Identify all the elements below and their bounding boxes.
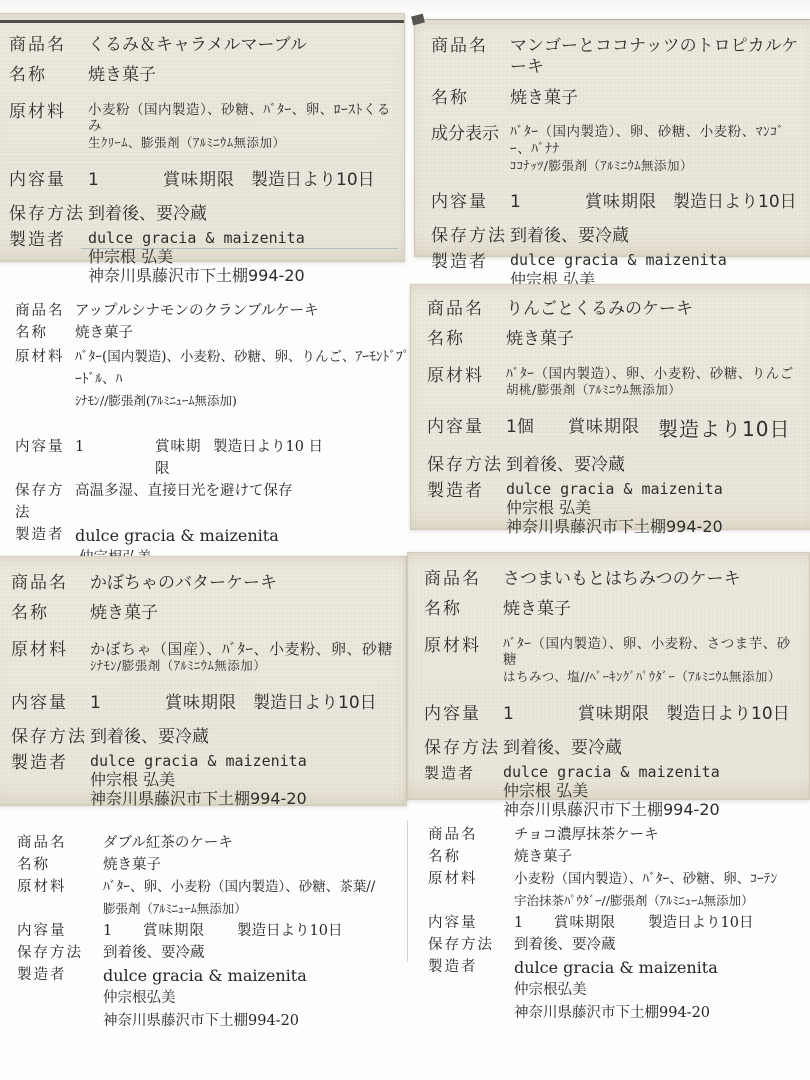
label-card-apple-walnut: 商品名 りんごとくるみのケーキ 名称 焼き菓子 原材料 ﾊﾞﾀｰ（国内製造）、卵… [410,284,810,530]
product-name-value: ダブル紅茶のケーキ [103,832,233,854]
quantity-label: 内容量 [427,417,506,438]
label-card-walnut-caramel: 商品名 くるみ＆キャラメルマーブル 名称 焼き菓子 原材料 小麦粉（国内製造）、… [0,13,405,262]
ruled-line [81,248,398,249]
expiry-value: 製造日より10 日 [213,436,323,458]
storage-row: 保存方法 到着後、要冷蔵 [11,727,396,748]
quantity-value: 1 [510,192,585,213]
category-value: 焼き菓子 [103,854,161,876]
quantity-label: 内容量 [428,912,514,934]
category-label: 名称 [11,603,90,624]
storage-row: 保存方法 到着後、要冷蔵 [431,226,803,247]
product-row: 商品名 さつまいもとはちみつのケーキ [424,569,799,590]
maker-name: dulce gracia & maizenita [514,956,718,979]
category-label: 名称 [15,322,75,344]
quantity-label: 内容量 [11,693,90,714]
ingredients-line1: ﾊﾞﾀｰ（国内製造）、卵、小麦粉、さつま芋、砂糖 [503,636,799,670]
dark-rule [0,20,404,23]
category-row: 名称 焼き菓子 [15,322,411,344]
ingredients-text: かぼちゃ（国産）、ﾊﾞﾀｰ、小麦粉、卵、砂糖 ｼﾅﾓﾝ/膨張剤（ｱﾙﾐﾆｳﾑ無添… [90,640,393,675]
product-name-label: 商品名 [11,573,90,594]
quantity-value: 1 [88,170,163,191]
ingredients-line1: 小麦粉（国内製造）、砂糖、ﾊﾞﾀｰ、卵、ﾛｰｽﾄくるみ [88,102,394,136]
expiry-label: 賞味期限 [585,192,673,213]
quantity-value: 1 [514,912,554,934]
maker-person: 仲宗根 弘美 [506,498,723,517]
category-value: 焼き菓子 [510,88,578,109]
expiry-label: 賞味期限 [578,704,666,725]
ingredients-text: ﾊﾞﾀｰ(国内製造)、小麦粉、砂糖、卵、りんご、ｱｰﾓﾝﾄﾞﾌﾟｰﾄﾞﾙ、ﾊ ｼ… [75,346,411,412]
storage-label: 保存方法 [431,226,510,247]
ingredients-line2: ｺｺﾅｯﾂ/膨張剤（ｱﾙﾐﾆｳﾑ無添加） [510,158,803,174]
ingredients-label: 成分表示 [431,124,510,145]
maker-label: 製造者 [424,764,503,783]
maker-person: 仲宗根弘美 [103,987,307,1010]
expiry-label: 賞味期限 [165,693,253,714]
maker-person: 仲宗根 弘美 [88,247,305,266]
expiry-value: 製造日より10日 [673,192,797,213]
product-row: 商品名 アップルシナモンのクランブルケーキ [15,300,411,322]
product-name-label: 商品名 [9,35,88,56]
category-row: 名称 焼き菓子 [431,88,803,109]
ingredients-line1: ﾊﾞﾀｰ（国内製造）、卵、砂糖、小麦粉、ﾏﾝｺﾞｰ、ﾊﾞﾅﾅ [510,124,803,158]
ingredients-line1: 小麦粉（国内製造）、ﾊﾞﾀｰ、砂糖、卵、ｺｰﾃﾝ [514,868,777,890]
quantity-label: 内容量 [431,192,510,213]
quantity-label: 内容量 [424,704,503,725]
maker-person: 仲宗根 弘美 [503,781,720,800]
product-name-label: 商品名 [15,300,75,322]
maker-row: 製造者 dulce gracia & maizenita 仲宗根 弘美 神奈川県… [11,753,396,809]
ingredients-label: 原材料 [424,636,503,657]
product-row: 商品名 かぼちゃのバターケーキ [11,573,396,594]
label-card-sweetpotato-honey: 商品名 さつまいもとはちみつのケーキ 名称 焼き菓子 原材料 ﾊﾞﾀｰ（国内製造… [407,552,810,800]
ingredients-text: ﾊﾞﾀｰ、卵、小麦粉（国内製造）、砂糖、茶葉// 膨張剤（ｱﾙﾐﾆｭｰﾑ無添加） [103,876,375,920]
storage-value: 到着後、要冷蔵 [88,204,207,225]
category-value: 焼き菓子 [88,65,156,86]
category-value: 焼き菓子 [506,329,574,350]
ingredients-row: 原材料 ﾊﾞﾀｰ(国内製造)、小麦粉、砂糖、卵、りんご、ｱｰﾓﾝﾄﾞﾌﾟｰﾄﾞﾙ… [15,346,411,412]
category-row: 名称 焼き菓子 [17,854,409,876]
product-name-label: 商品名 [431,36,510,57]
storage-row: 保存方法 到着後、要冷蔵 [17,942,409,964]
product-name-value: アップルシナモンのクランブルケーキ [75,300,319,322]
label-card-pumpkin-butter: 商品名 かぼちゃのバターケーキ 名称 焼き菓子 原材料 かぼちゃ（国産）、ﾊﾞﾀ… [0,556,407,806]
ingredients-label: 原材料 [428,868,514,890]
ingredients-line2: ｼﾅﾓﾝ/膨張剤（ｱﾙﾐﾆｳﾑ無添加） [90,658,393,674]
ingredients-text: ﾊﾞﾀｰ（国内製造）、卵、小麦粉、砂糖、りんご 胡桃/膨張剤（ｱﾙﾐﾆｳﾑ無添加… [506,366,794,399]
storage-value: 到着後、要冷蔵 [510,226,629,247]
product-row: 商品名 ダブル紅茶のケーキ [17,832,409,854]
quantity-expiry-row: 内容量 1個 賞味期限 製造より10日 [427,417,803,442]
maker-label: 製造者 [11,753,90,774]
maker-name: dulce gracia & maizenita [503,764,720,781]
ingredients-row: 成分表示 ﾊﾞﾀｰ（国内製造）、卵、砂糖、小麦粉、ﾏﾝｺﾞｰ、ﾊﾞﾅﾅ ｺｺﾅｯ… [431,124,803,174]
ingredients-row: 原材料 ﾊﾞﾀｰ（国内製造）、卵、小麦粉、砂糖、りんご 胡桃/膨張剤（ｱﾙﾐﾆｳ… [427,366,803,399]
expiry-label: 賞味期限 [568,417,658,438]
ingredients-line2: 生ｸﾘｰﾑ、膨張剤（ｱﾙﾐﾆｳﾑ無添加） [88,135,394,151]
column-divider [407,820,408,962]
ingredients-line1: ﾊﾞﾀｰ（国内製造）、卵、小麦粉、砂糖、りんご [506,366,794,383]
quantity-label: 内容量 [15,436,75,458]
storage-label: 保存方法 [428,934,514,956]
expiry-label: 賞味期限 [554,912,648,934]
label-collage: 商品名 くるみ＆キャラメルマーブル 名称 焼き菓子 原材料 小麦粉（国内製造）、… [0,0,810,1080]
product-name-value: マンゴーとココナッツのトロピカルケーキ [510,36,803,79]
category-label: 名称 [431,88,510,109]
quantity-expiry-row: 内容量 1 賞味期限 製造日より10日 [9,170,394,191]
ingredients-text: 小麦粉（国内製造）、ﾊﾞﾀｰ、砂糖、卵、ｺｰﾃﾝ 宇治抹茶ﾊﾟｳﾀﾞｰ//膨張剤… [514,868,777,912]
category-row: 名称 焼き菓子 [427,329,803,350]
storage-value: 到着後、要冷蔵 [503,738,622,759]
product-row: 商品名 チョコ濃厚抹茶ケーキ [428,824,808,846]
storage-label: 保存方法 [11,727,90,748]
storage-value: 到着後、要冷蔵 [514,934,616,956]
maker-label: 製造者 [427,481,506,502]
maker-block: dulce gracia & maizenita 仲宗根弘美 神奈川県藤沢市下土… [103,964,307,1033]
maker-name: dulce gracia & maizenita [88,230,305,247]
quantity-value: 1 [503,704,578,725]
maker-label: 製造者 [15,524,75,546]
maker-address: 神奈川県藤沢市下土棚994-20 [514,1002,718,1025]
expiry-label: 賞味期限 [163,170,251,191]
expiry-value: 製造日より10日 [251,170,375,191]
expiry-value: 製造日より10日 [648,912,753,934]
product-name-label: 商品名 [427,299,506,320]
product-name-value: かぼちゃのバターケーキ [90,573,277,594]
maker-label: 製造者 [428,956,514,978]
maker-block: dulce gracia & maizenita 仲宗根 弘美 神奈川県藤沢市下… [90,753,307,809]
category-row: 名称 焼き菓子 [9,65,394,86]
ingredients-line2: ｼﾅﾓﾝ//膨張剤(ｱﾙﾐﾆｭｰﾑ無添加) [75,390,411,412]
maker-address: 神奈川県藤沢市下土棚994-20 [88,266,305,285]
storage-label: 保存方法 [9,204,88,225]
category-label: 名称 [17,854,103,876]
ingredients-text: ﾊﾞﾀｰ（国内製造）、卵、小麦粉、さつま芋、砂糖 はちみつ、塩//ﾍﾞｰｷﾝｸﾞ… [503,636,799,686]
storage-row: 保存方法 到着後、要冷蔵 [424,738,799,759]
quantity-expiry-row: 内容量 1 賞味期限 製造日より10日 [424,704,799,725]
ingredients-line2: はちみつ、塩//ﾍﾞｰｷﾝｸﾞﾊﾟｳﾀﾞｰ（ｱﾙﾐﾆｳﾑ無添加） [503,669,799,685]
maker-label: 製造者 [17,964,103,986]
category-label: 名称 [9,65,88,86]
storage-row: 保存方法 到着後、要冷蔵 [427,455,803,476]
label-plain-choco-matcha: 商品名 チョコ濃厚抹茶ケーキ 名称 焼き菓子 原材料 小麦粉（国内製造）、ﾊﾞﾀ… [428,824,808,1025]
product-name-label: 商品名 [428,824,514,846]
category-label: 名称 [424,599,503,620]
storage-value: 到着後、要冷蔵 [103,942,205,964]
maker-row: 製造者 dulce gracia & maizenita 仲宗根 弘美 神奈川県… [9,230,394,286]
quantity-value: 1個 [506,417,568,438]
maker-address: 神奈川県藤沢市下土棚994-20 [506,517,723,536]
maker-row: 製造者 dulce gracia & maizenita 仲宗根弘美 神奈川県藤… [428,956,808,1025]
category-row: 名称 焼き菓子 [11,603,396,624]
expiry-value: 製造より10日 [658,417,790,442]
storage-label: 保存方法 [17,942,103,964]
maker-block: dulce gracia & maizenita 仲宗根 弘美 神奈川県藤沢市下… [88,230,305,286]
expiry-value: 製造日より10日 [253,693,377,714]
storage-value: 高温多湿、直接日光を避けて保存 [75,480,293,502]
product-row: 商品名 くるみ＆キャラメルマーブル [9,35,394,56]
maker-name: dulce gracia & maizenita [506,481,723,498]
maker-name: dulce gracia & maizenita [75,524,279,547]
ingredients-line2: 膨張剤（ｱﾙﾐﾆｭｰﾑ無添加） [103,898,375,920]
product-name-value: くるみ＆キャラメルマーブル [88,35,307,56]
ingredients-line1: かぼちゃ（国産）、ﾊﾞﾀｰ、小麦粉、卵、砂糖 [90,640,393,659]
maker-name: dulce gracia & maizenita [90,753,307,770]
storage-label: 保存方法 [15,480,75,524]
maker-person: 仲宗根 弘美 [90,770,307,789]
maker-person: 仲宗根弘美 [514,979,718,1002]
storage-row: 保存方法 高温多湿、直接日光を避けて保存 [15,480,411,524]
ingredients-row: 原材料 小麦粉（国内製造）、ﾊﾞﾀｰ、砂糖、卵、ｺｰﾃﾝ 宇治抹茶ﾊﾟｳﾀﾞｰ/… [428,868,808,912]
maker-row: 製造者 dulce gracia & maizenita 仲宗根弘美 神奈川県藤… [17,964,409,1033]
storage-label: 保存方法 [424,738,503,759]
quantity-label: 内容量 [9,170,88,191]
ingredients-line2: 宇治抹茶ﾊﾟｳﾀﾞｰ//膨張剤（ｱﾙﾐﾆｭｰﾑ無添加） [514,890,777,912]
maker-name: dulce gracia & maizenita [103,964,307,987]
category-label: 名称 [428,846,514,868]
maker-block: dulce gracia & maizenita 仲宗根弘美 神奈川県藤沢市下土… [514,956,718,1025]
quantity-expiry-row: 内容量 1 賞味期限 製造日より10日 [11,693,396,714]
quantity-value: 1 [103,920,143,942]
product-name-value: さつまいもとはちみつのケーキ [503,569,741,590]
label-card-mango-coconut: 商品名 マンゴーとココナッツのトロピカルケーキ 名称 焼き菓子 成分表示 ﾊﾞﾀ… [414,19,810,257]
ingredients-row: 原材料 ﾊﾞﾀｰ（国内製造）、卵、小麦粉、さつま芋、砂糖 はちみつ、塩//ﾍﾞｰ… [424,636,799,686]
maker-address: 神奈川県藤沢市下土棚994-20 [103,1010,307,1033]
product-row: 商品名 りんごとくるみのケーキ [427,299,803,320]
category-row: 名称 焼き菓子 [424,599,799,620]
quantity-expiry-row: 内容量 1 賞味期限 製造日より10 日 [15,436,411,480]
category-row: 名称 焼き菓子 [428,846,808,868]
ingredients-row: 原材料 ﾊﾞﾀｰ、卵、小麦粉（国内製造）、砂糖、茶葉// 膨張剤（ｱﾙﾐﾆｭｰﾑ… [17,876,409,920]
product-name-value: チョコ濃厚抹茶ケーキ [514,824,659,846]
ingredients-label: 原材料 [9,102,88,123]
corner-mark [411,14,425,26]
maker-name: dulce gracia & maizenita [510,252,727,269]
ingredients-label: 原材料 [11,640,90,661]
category-value: 焼き菓子 [503,599,571,620]
ingredients-label: 原材料 [15,346,75,368]
quantity-value: 1 [75,436,155,458]
product-name-value: りんごとくるみのケーキ [506,299,693,320]
product-row: 商品名 マンゴーとココナッツのトロピカルケーキ [431,36,803,79]
ingredients-line2: 胡桃/膨張剤（ｱﾙﾐﾆｳﾑ無添加） [506,382,794,398]
category-label: 名称 [427,329,506,350]
product-name-label: 商品名 [424,569,503,590]
maker-label: 製造者 [431,252,510,273]
maker-label: 製造者 [9,230,88,251]
quantity-expiry-row: 内容量 1 賞味期限 製造日より10日 [17,920,409,942]
maker-block: dulce gracia & maizenita 仲宗根 弘美 神奈川県藤沢市下… [503,764,720,820]
category-value: 焼き菓子 [75,322,133,344]
quantity-label: 内容量 [17,920,103,942]
maker-row: 製造者 dulce gracia & maizenita 仲宗根 弘美 神奈川県… [424,764,799,820]
maker-address: 神奈川県藤沢市下土棚994-20 [503,800,720,819]
ingredients-label: 原材料 [427,366,506,387]
ingredients-line1: ﾊﾞﾀｰ(国内製造)、小麦粉、砂糖、卵、りんご、ｱｰﾓﾝﾄﾞﾌﾟｰﾄﾞﾙ、ﾊ [75,346,411,390]
ingredients-label: 原材料 [17,876,103,898]
expiry-value: 製造日より10日 [666,704,790,725]
ingredients-line1: ﾊﾞﾀｰ、卵、小麦粉（国内製造）、砂糖、茶葉// [103,876,375,898]
ingredients-text: ﾊﾞﾀｰ（国内製造）、卵、砂糖、小麦粉、ﾏﾝｺﾞｰ、ﾊﾞﾅﾅ ｺｺﾅｯﾂ/膨張剤… [510,124,803,174]
storage-row: 保存方法 到着後、要冷蔵 [428,934,808,956]
quantity-expiry-row: 内容量 1 賞味期限 製造日より10日 [431,192,803,213]
storage-value: 到着後、要冷蔵 [90,727,209,748]
quantity-expiry-row: 内容量 1 賞味期限 製造日より10日 [428,912,808,934]
quantity-value: 1 [90,693,165,714]
storage-row: 保存方法 到着後、要冷蔵 [9,204,394,225]
product-name-label: 商品名 [17,832,103,854]
maker-block: dulce gracia & maizenita 仲宗根 弘美 神奈川県藤沢市下… [506,481,723,537]
maker-row: 製造者 dulce gracia & maizenita 仲宗根 弘美 神奈川県… [427,481,803,537]
expiry-label: 賞味期限 [143,920,237,942]
label-plain-double-tea: 商品名 ダブル紅茶のケーキ 名称 焼き菓子 原材料 ﾊﾞﾀｰ、卵、小麦粉（国内製… [17,832,409,1033]
ingredients-row: 原材料 小麦粉（国内製造）、砂糖、ﾊﾞﾀｰ、卵、ﾛｰｽﾄくるみ 生ｸﾘｰﾑ、膨張… [9,102,394,152]
category-value: 焼き菓子 [90,603,158,624]
storage-value: 到着後、要冷蔵 [506,455,625,476]
category-value: 焼き菓子 [514,846,572,868]
label-plain-apple-cinnamon: 商品名 アップルシナモンのクランブルケーキ 名称 焼き菓子 原材料 ﾊﾞﾀｰ(国… [15,300,411,593]
maker-address: 神奈川県藤沢市下土棚994-20 [90,789,307,808]
storage-label: 保存方法 [427,455,506,476]
expiry-value: 製造日より10日 [237,920,342,942]
expiry-label: 賞味期限 [155,436,213,480]
ingredients-text: 小麦粉（国内製造）、砂糖、ﾊﾞﾀｰ、卵、ﾛｰｽﾄくるみ 生ｸﾘｰﾑ、膨張剤（ｱﾙ… [88,102,394,152]
ingredients-row: 原材料 かぼちゃ（国産）、ﾊﾞﾀｰ、小麦粉、卵、砂糖 ｼﾅﾓﾝ/膨張剤（ｱﾙﾐﾆ… [11,640,396,675]
